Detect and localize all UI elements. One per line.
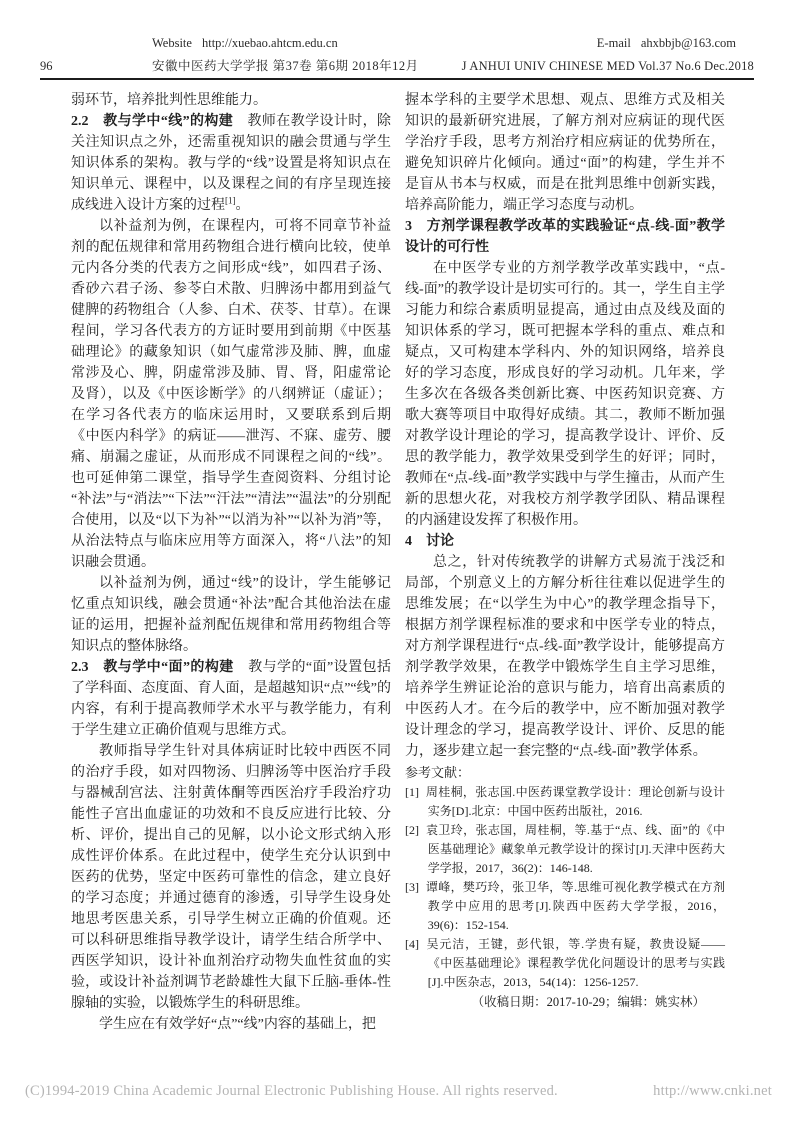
continued-paragraph: 弱环节，培养批判性思维能力。	[71, 90, 391, 111]
page-number: 96	[40, 59, 152, 74]
website-label: Website	[152, 36, 192, 50]
journal-title-cn: 安徽中医药大学学报 第37卷 第6期 2018年12月	[152, 56, 419, 74]
page-header: Websitehttp://xuebao.ahtcm.edu.cn E-mail…	[40, 36, 754, 74]
page-footer: (C)1994-2019 China Academic Journal Elec…	[25, 1083, 772, 1100]
references-label: 参考文献：	[405, 762, 725, 783]
reference-item: [4]吴元洁，王键，彭代银，等.学贵有疑，教贵设疑——《中医基础理论》课程教学优…	[405, 935, 725, 992]
website-url: http://xuebao.ahtcm.edu.cn	[202, 36, 338, 50]
reference-item: [2]袁卫玲，张志国，周桂桐，等.基于“点、线、面”的《中医基础理论》藏象单元教…	[405, 821, 725, 878]
header-divider	[40, 78, 754, 80]
section-2-2-paragraph: 2.2 教与学中“线”的构建 教师在教学设计时，除关注知识点之外，还需重视知识的…	[71, 111, 391, 216]
journal-page: Websitehttp://xuebao.ahtcm.edu.cn E-mail…	[0, 0, 794, 1123]
right-column: 握本学科的主要学术思想、观点、思维方式及相关知识的最新研究进展，了解方剂对应病证…	[405, 90, 725, 1035]
reference-item: [3]谭峰，樊巧玲，张卫华，等.思维可视化教学模式在方剂教学中应用的思考[J].…	[405, 878, 725, 935]
paragraph: 学生应在有效学好“点”“线”内容的基础上，把	[71, 1014, 391, 1035]
section-3-heading: 3 方剂学课程教学改革的实践验证“点-线-面”教学设计的可行性	[405, 216, 725, 258]
copyright-text: (C)1994-2019 China Academic Journal Elec…	[25, 1083, 558, 1100]
paragraph: 在中医学专业的方剂学教学改革实践中，“点-线-面”的教学设计是切实可行的。其一，…	[405, 258, 725, 531]
paragraph: 以补益剂为例，在课程内，可将不同章节补益剂的配伍规律和常用药物组合进行横向比较，…	[71, 216, 391, 573]
left-column: 弱环节，培养批判性思维能力。2.2 教与学中“线”的构建 教师在教学设计时，除关…	[71, 90, 391, 1035]
section-2-3-paragraph: 2.3 教与学中“面”的构建 教与学的“面”设置包括了学科面、态度面、育人面，是…	[71, 657, 391, 741]
article-body: 弱环节，培养批判性思维能力。2.2 教与学中“线”的构建 教师在教学设计时，除关…	[71, 90, 725, 1035]
footer-url: http://www.cnki.net	[653, 1083, 772, 1100]
continued-paragraph: 握本学科的主要学术思想、观点、思维方式及相关知识的最新研究进展，了解方剂对应病证…	[405, 90, 725, 216]
header-journal-row: 96 安徽中医药大学学报 第37卷 第6期 2018年12月 J ANHUI U…	[40, 56, 754, 74]
header-website: Websitehttp://xuebao.ahtcm.edu.cn	[152, 36, 338, 51]
paragraph: 以补益剂为例，通过“线”的设计，学生能够记忆重点知识线，融会贯通“补法”配合其他…	[71, 573, 391, 657]
received-note: （收稿日期：2017-10-29；编辑：姚实林）	[405, 992, 725, 1013]
section-4-heading: 4 讨论	[405, 531, 725, 552]
header-email: E-mailahxbbjb@163.com	[597, 36, 736, 51]
paragraph: 总之，针对传统教学的讲解方式易流于浅泛和局部，个别意义上的方解分析往往难以促进学…	[405, 552, 725, 762]
journal-title-en: J ANHUI UNIV CHINESE MED Vol.37 No.6 Dec…	[462, 59, 754, 74]
email-address: ahxbbjb@163.com	[641, 36, 736, 50]
email-label: E-mail	[597, 36, 631, 50]
header-contact-row: Websitehttp://xuebao.ahtcm.edu.cn E-mail…	[40, 36, 754, 51]
reference-item: [1]周桂桐，张志国.中医药课堂教学设计：理论创新与设计实务[D].北京：中国中…	[405, 783, 725, 821]
paragraph: 教师指导学生针对具体病证时比较中西医不同的治疗手段，如对四物汤、归脾汤等中医治疗…	[71, 741, 391, 1014]
